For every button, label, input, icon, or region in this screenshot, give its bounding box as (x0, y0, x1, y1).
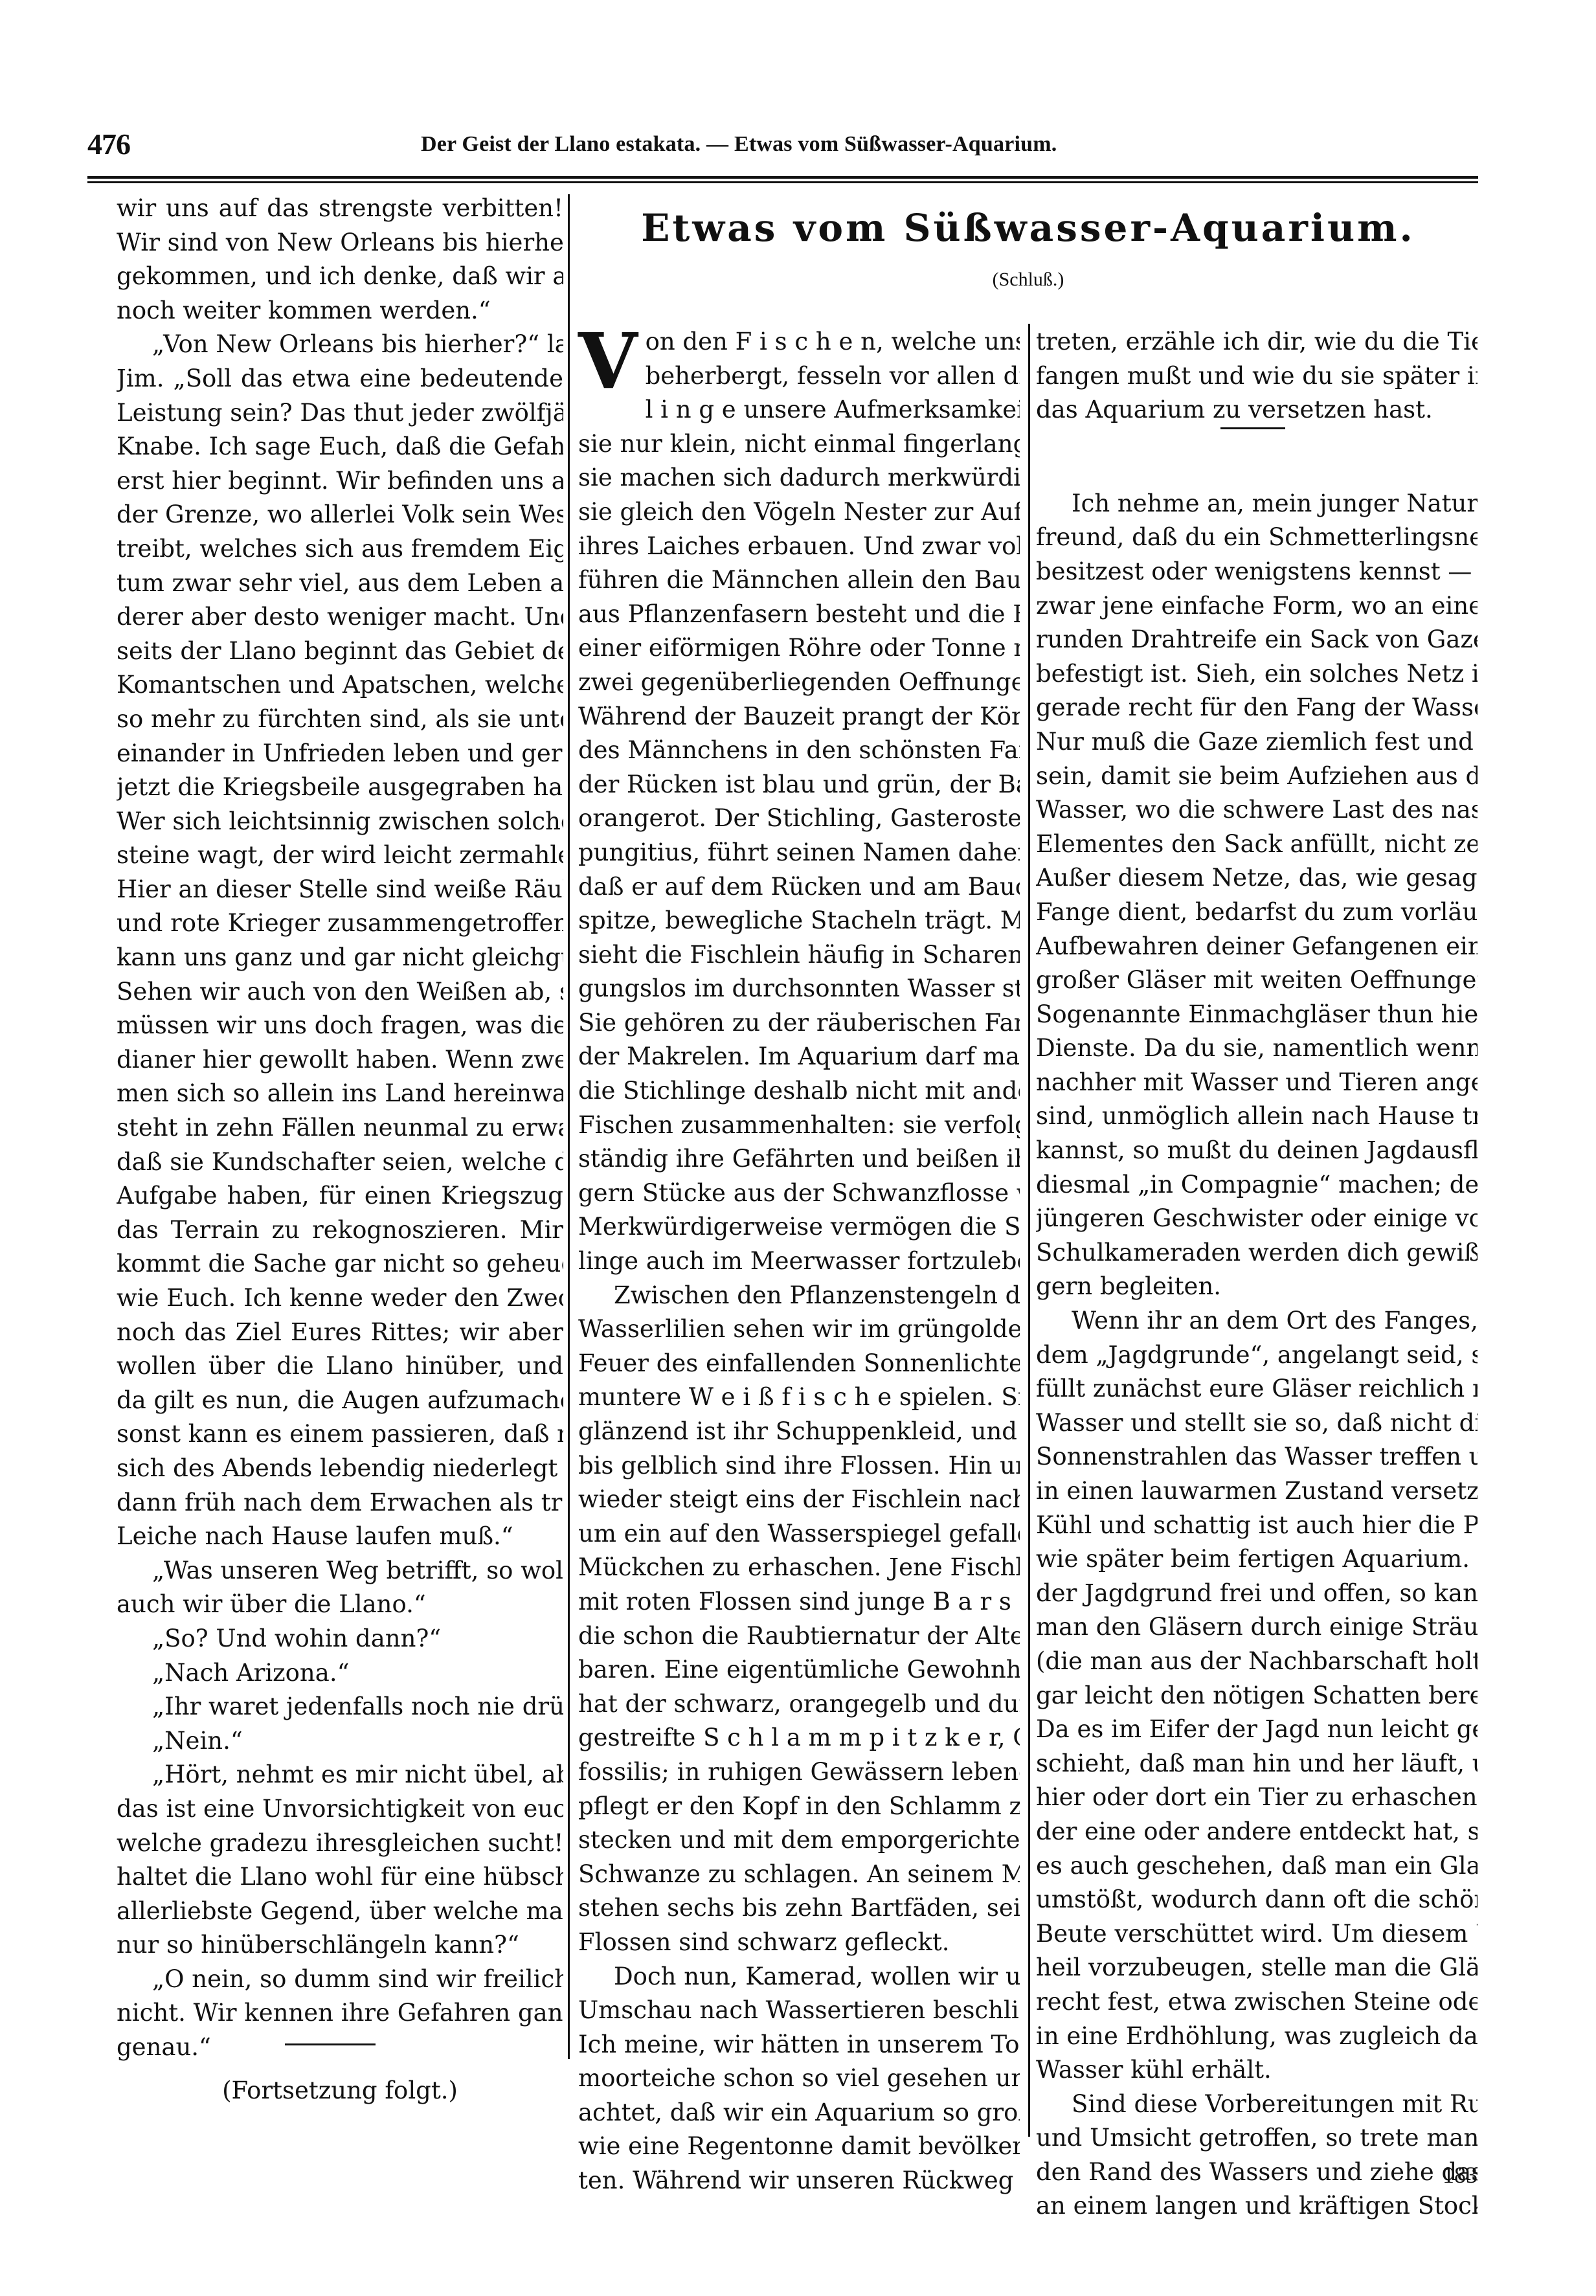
text-line: nur so hinüberschlängeln kann?“ (117, 1928, 563, 1963)
text-line: moorteiche schon so viel gesehen und beo… (578, 2062, 1020, 2096)
text-line: Ich nehme an, mein junger Natur- (1036, 487, 1478, 521)
text-line: fossilis; in ruhigen Gewässern lebend, (578, 1755, 1020, 1790)
text-line: wie Euch. Ich kenne weder den Zweck (117, 1281, 563, 1316)
text-line: wie eine Regentonne damit bevölkern könn… (578, 2130, 1020, 2164)
text-line: pungitius, führt seinen Namen daher, (578, 836, 1020, 870)
text-line: um ein auf den Wasserspiegel gefallenes (578, 1517, 1020, 1551)
text-line: sie nur klein, nicht einmal fingerlang, … (578, 427, 1020, 462)
text-line: Außer diesem Netze, das, wie gesagt, zum (1036, 861, 1478, 895)
text-line: aus Pflanzenfasern besteht und die Form (578, 598, 1020, 632)
text-line: Wasser kühl erhält. (1036, 2053, 1478, 2088)
text-line: befestigt ist. Sieh, ein solches Netz is… (1036, 657, 1478, 692)
column-divider-right (1028, 324, 1030, 2137)
text-line: auch wir über die Llano.“ (117, 1588, 563, 1622)
text-line: Während der Bauzeit prangt der Körper (578, 700, 1020, 734)
text-line: Fange dient, bedarfst du zum vorläufigen (1036, 895, 1478, 930)
text-line: wie später beim fertigen Aquarium. Liegt (1036, 1542, 1478, 1577)
text-line: zwei gegenüberliegenden Oeffnungen hat. (578, 666, 1020, 700)
text-line: steine wagt, der wird leicht zermahlen. (117, 838, 563, 873)
text-line: wieder steigt eins der Fischlein nach ob… (578, 1483, 1020, 1517)
page-number: 476 (87, 127, 130, 161)
text-line: erst hier beginnt. Wir befinden uns an (117, 464, 563, 499)
text-line: Nur muß die Gaze ziemlich fest und kräft… (1036, 725, 1478, 760)
text-line: einander in Unfrieden leben und gerade (117, 737, 563, 771)
text-line: Wer sich leichtsinnig zwischen solche Mü… (117, 805, 563, 839)
text-line: ten. Während wir unseren Rückweg an- (578, 2164, 1020, 2198)
text-line: die schon die Raubtiernatur der Alten of… (578, 1619, 1020, 1654)
text-line: in eine Erdhöhlung, was zugleich das (1036, 2020, 1478, 2054)
header-double-rule (87, 176, 1478, 185)
folio-number: 183 (1443, 2161, 1478, 2189)
text-line: sie gleich den Vögeln Nester zur Aufnahm… (578, 495, 1020, 530)
text-line: hat der schwarz, orangegelb und dunkel (578, 1687, 1020, 1722)
text-line: an einem langen und kräftigen Stock be- (1036, 2189, 1478, 2223)
text-line: des Männchens in den schönsten Farben: (578, 734, 1020, 768)
text-line: Knabe. Ich sage Euch, daß die Gefahr (117, 430, 563, 464)
text-line: Schwanze zu schlagen. An seinem Maule (578, 1858, 1020, 1892)
running-head-title: Der Geist der Llano estakata. — Etwas vo… (421, 132, 1057, 157)
text-line: Aufgabe haben, für einen Kriegszug (117, 1179, 563, 1213)
text-line: Zwischen den Pflanzenstengeln der (578, 1279, 1020, 1313)
text-line: pflegt er den Kopf in den Schlamm zu (578, 1790, 1020, 1824)
text-line: Feuer des einfallenden Sonnenlichtes kle… (578, 1347, 1020, 1381)
text-line: sieht die Fischlein häufig in Scharen re… (578, 938, 1020, 973)
text-line: sich des Abends lebendig niederlegt und (117, 1452, 563, 1486)
middle-column: V on den F i s c h e n, welche unser Tei… (578, 325, 1020, 2198)
text-line: Komantschen und Apatschen, welche um (117, 668, 563, 703)
text-line: besitzest oder wenigstens kennst — und (1036, 555, 1478, 589)
text-line: umstößt, wodurch dann oft die schönste (1036, 1883, 1478, 1917)
text-line: sonst kann es einem passieren, daß man (117, 1417, 563, 1452)
text-line: das ist eine Unvorsichtigkeit von euch, (117, 1792, 563, 1827)
continuation-note: (Fortsetzung folgt.) (117, 2074, 563, 2108)
text-line: Hier an dieser Stelle sind weiße Räuber (117, 873, 563, 907)
text-line: glänzend ist ihr Schuppenkleid, und grau (578, 1415, 1020, 1449)
text-line: nachher mit Wasser und Tieren angefüllt (1036, 1066, 1478, 1100)
text-line: Wir sind von New Orleans bis hierher (117, 226, 563, 260)
section-rule-right (1220, 427, 1285, 429)
text-line: gestreifte S c h l a m m p i t z k e r, … (578, 1721, 1020, 1755)
drop-cap: V (578, 329, 638, 394)
text-line: den Rand des Wassers und ziehe das (1036, 2155, 1478, 2190)
text-line: kann uns ganz und gar nicht gleichgültig… (117, 941, 563, 975)
text-line: Schulkameraden werden dich gewiß recht (1036, 1236, 1478, 1270)
text-line: stehen sechs bis zehn Bartfäden, seine (578, 1891, 1020, 1926)
text-line: Flossen sind schwarz gefleckt. (578, 1926, 1020, 1960)
text-line: Wasserlilien sehen wir im grüngoldenen (578, 1312, 1020, 1347)
text-line: nicht. Wir kennen ihre Gefahren ganz (117, 1996, 563, 2031)
text-line: achtet, daß wir ein Aquarium so groß (578, 2096, 1020, 2130)
text-line: Merkwürdigerweise vermögen die Stich- (578, 1210, 1020, 1244)
text-line: das Terrain zu rekognoszieren. Mir (117, 1213, 563, 1248)
end-rule-left (285, 2043, 376, 2045)
left-column: wir uns auf das strengste verbitten!Wir … (117, 192, 563, 2108)
text-line: on den F i s c h e n, welche unser Teich (646, 325, 1020, 359)
text-line: sein, damit sie beim Aufziehen aus dem (1036, 760, 1478, 794)
text-line: haltet die Llano wohl für eine hübsche, (117, 1860, 563, 1895)
text-line: dianer hier gewollt haben. Wenn zwei Red… (117, 1043, 563, 1077)
text-line: Sonnenstrahlen das Wasser treffen und (1036, 1440, 1478, 1474)
article-title: Etwas vom Süßwasser-Aquarium. (578, 206, 1478, 250)
text-line: Wasser, wo die schwere Last des nassen (1036, 793, 1478, 827)
text-line: jetzt die Kriegsbeile ausgegraben haben. (117, 771, 563, 805)
text-line: „So? Und wohin dann?“ (117, 1622, 563, 1656)
text-line: jüngeren Geschwister oder einige von dei… (1036, 1202, 1478, 1236)
text-line: Da es im Eifer der Jagd nun leicht ge- (1036, 1713, 1478, 1747)
text-line: „Ihr waret jedenfalls noch nie drüben?“ (117, 1690, 563, 1724)
text-line: treten, erzähle ich dir, wie du die Tier… (1036, 325, 1478, 359)
text-line: Sie gehören zu der räuberischen Familie (578, 1006, 1020, 1041)
text-line: „Nein.“ (117, 1724, 563, 1759)
text-line: ständig ihre Gefährten und beißen ihnen (578, 1142, 1020, 1176)
text-line: diesmal „in Compagnie“ machen; deine (1036, 1168, 1478, 1202)
text-line: und rote Krieger zusammengetroffen. Das (117, 906, 563, 941)
column-divider-left (568, 194, 570, 2059)
text-line: so mehr zu fürchten sind, als sie unter- (117, 703, 563, 737)
text-line: sind, unmöglich allein nach Hause tragen (1036, 1099, 1478, 1134)
text-line: da gilt es nun, die Augen aufzumachen, (117, 1384, 563, 1418)
text-line: der Grenze, wo allerlei Volk sein Wesen (117, 498, 563, 532)
text-line: gern Stücke aus der Schwanzflosse weg. (578, 1176, 1020, 1211)
text-line: beherbergt, fesseln vor allen die S t i … (646, 359, 1020, 394)
text-line: Sind diese Vorbereitungen mit Ruhe (1036, 2088, 1478, 2122)
text-line: Beute verschüttet wird. Um diesem Un- (1036, 1917, 1478, 1952)
text-line: Sogenannte Einmachgläser thun hier gute (1036, 998, 1478, 1032)
text-line: „O nein, so dumm sind wir freilich (117, 1963, 563, 1997)
text-line: Aufbewahren deiner Gefangenen einiger (1036, 930, 1478, 964)
text-line: schieht, daß man hin und her läuft, um (1036, 1747, 1478, 1781)
text-line: runden Drahtreife ein Sack von Gaze (1036, 623, 1478, 657)
text-line: müssen wir uns doch fragen, was die In- (117, 1009, 563, 1043)
text-line: Mückchen zu erhaschen. Jene Fischlein (578, 1551, 1020, 1585)
text-line: „Von New Orleans bis hierher?“ lachte (117, 328, 563, 362)
article-subtitle: (Schluß.) (578, 269, 1478, 291)
text-line: und Umsicht getroffen, so trete man an (1036, 2121, 1478, 2155)
text-line: fangen mußt und wie du sie später in (1036, 359, 1478, 394)
right-column: treten, erzähle ich dir, wie du die Tier… (1036, 325, 1478, 2223)
text-line: „Hört, nehmt es mir nicht übel, aber (117, 1758, 563, 1792)
text-line: kommt die Sache gar nicht so geheuer vor (117, 1247, 563, 1281)
text-line: heil vorzubeugen, stelle man die Gläser (1036, 1951, 1478, 1985)
text-line: Leistung sein? Das thut jeder zwölfjähri… (117, 396, 563, 431)
text-line: gerade recht für den Fang der Wassertier… (1036, 691, 1478, 725)
text-line: der Makrelen. Im Aquarium darf man (578, 1040, 1020, 1074)
text-line: der Jagdgrund frei und offen, so kann (1036, 1577, 1478, 1611)
text-line: freund, daß du ein Schmetterlingsnetz (1036, 521, 1478, 555)
text-line: noch weiter kommen werden.“ (117, 294, 563, 328)
text-line: daß er auf dem Rücken und am Bauche (578, 870, 1020, 905)
text-line: das Aquarium zu versetzen hast. (1036, 393, 1478, 427)
text-line: seits der Llano beginnt das Gebiet der (117, 635, 563, 669)
text-line: l i n g e unsere Aufmerksamkeit. Zwar si… (646, 393, 1020, 427)
text-line: man den Gläsern durch einige Sträucher (1036, 1610, 1478, 1645)
text-line: wollen über die Llano hinüber, und (117, 1349, 563, 1384)
text-line: spitze, bewegliche Stacheln trägt. Man (578, 904, 1020, 938)
text-line: „Was unseren Weg betrifft, so wollen (117, 1554, 563, 1588)
text-line: Umschau nach Wassertieren beschließen. (578, 1994, 1020, 2028)
text-line: welche gradezu ihresgleichen sucht! Ihr (117, 1827, 563, 1861)
text-line: der eine oder andere entdeckt hat, so ka… (1036, 1815, 1478, 1849)
text-line: dann früh nach dem Erwachen als traurige (117, 1486, 563, 1520)
text-line: stecken und mit dem emporgerichteten (578, 1823, 1020, 1858)
text-line: Sehen wir auch von den Weißen ab, so (117, 975, 563, 1009)
text-line: kannst, so mußt du deinen Jagdausflug (1036, 1134, 1478, 1168)
text-line: gekommen, und ich denke, daß wir auch (117, 260, 563, 294)
text-line: gern begleiten. (1036, 1270, 1478, 1304)
text-line: orangerot. Der Stichling, Gasterosteus (578, 802, 1020, 836)
text-line: zwar jene einfache Form, wo an einem (1036, 589, 1478, 624)
text-line: ihres Laiches erbauen. Und zwar voll- (578, 530, 1020, 564)
running-head: 476 Der Geist der Llano estakata. — Etwa… (87, 127, 1479, 166)
text-line: Leiche nach Hause laufen muß.“ (117, 1520, 563, 1554)
text-line: Ich meine, wir hätten in unserem Torf- (578, 2028, 1020, 2062)
text-line: gar leicht den nötigen Schatten bereiten… (1036, 1679, 1478, 1713)
text-line: genau.“ (117, 2031, 563, 2065)
text-line: die Stichlinge deshalb nicht mit anderen (578, 1074, 1020, 1109)
text-line: baren. Eine eigentümliche Gewohnheit (578, 1653, 1020, 1687)
text-line: treibt, welches sich aus fremdem Eigen- (117, 532, 563, 567)
text-line: muntere W e i ß f i s c h e spielen. Sil… (578, 1380, 1020, 1415)
text-line: Kühl und schattig ist auch hier die Paro… (1036, 1509, 1478, 1543)
text-line: großer Gläser mit weiten Oeffnungen. (1036, 963, 1478, 998)
text-line: Doch nun, Kamerad, wollen wir unsere (578, 1960, 1020, 1994)
text-line: Elementes den Sack anfüllt, nicht zerrei… (1036, 827, 1478, 862)
text-line: füllt zunächst eure Gläser reichlich mit (1036, 1372, 1478, 1406)
text-line: wir uns auf das strengste verbitten! (117, 192, 563, 226)
text-line: „Nach Arizona.“ (117, 1656, 563, 1691)
text-line: men sich so allein ins Land hereinwagen,… (117, 1077, 563, 1111)
text-line: derer aber desto weniger macht. Und jen- (117, 600, 563, 635)
text-line: Wasser und stellt sie so, daß nicht die (1036, 1406, 1478, 1441)
text-line: daß sie Kundschafter seien, welche die (117, 1145, 563, 1180)
text-line: es auch geschehen, daß man ein Glas (1036, 1849, 1478, 1884)
text-line: tum zwar sehr viel, aus dem Leben an- (117, 567, 563, 601)
text-line: führen die Männchen allein den Bau, der (578, 563, 1020, 598)
text-line: linge auch im Meerwasser fortzuleben. (578, 1244, 1020, 1279)
text-line: Wenn ihr an dem Ort des Fanges, (1036, 1304, 1478, 1338)
text-line: bis gelblich sind ihre Flossen. Hin und (578, 1449, 1020, 1483)
section-gap (1036, 427, 1478, 487)
text-line: sie machen sich dadurch merkwürdig, daß (578, 461, 1020, 495)
text-line: recht fest, etwa zwischen Steine oder ab… (1036, 1985, 1478, 2020)
text-line: hier oder dort ein Tier zu erhaschen, da… (1036, 1781, 1478, 1815)
text-line: gungslos im durchsonnten Wasser stehen. (578, 972, 1020, 1006)
text-line: der Rücken ist blau und grün, der Bauch (578, 768, 1020, 802)
text-line: allerliebste Gegend, über welche man sic… (117, 1895, 563, 1929)
text-line: (die man aus der Nachbarschaft holte) (1036, 1645, 1478, 1679)
text-line: Dienste. Da du sie, namentlich wenn sie (1036, 1031, 1478, 1066)
text-line: steht in zehn Fällen neunmal zu erwarten… (117, 1111, 563, 1145)
text-line: Fischen zusammenhalten: sie verfolgen be… (578, 1109, 1020, 1143)
text-line: in einen lauwarmen Zustand versetzen. (1036, 1474, 1478, 1509)
text-line: einer eiförmigen Röhre oder Tonne mit (578, 631, 1020, 666)
text-line: noch das Ziel Eures Rittes; wir aber (117, 1316, 563, 1350)
text-line: dem „Jagdgrunde“, angelangt seid, so (1036, 1338, 1478, 1373)
text-line: mit roten Flossen sind junge B a r s c h… (578, 1585, 1020, 1619)
text-line: Jim. „Soll das etwa eine bedeutende (117, 362, 563, 396)
